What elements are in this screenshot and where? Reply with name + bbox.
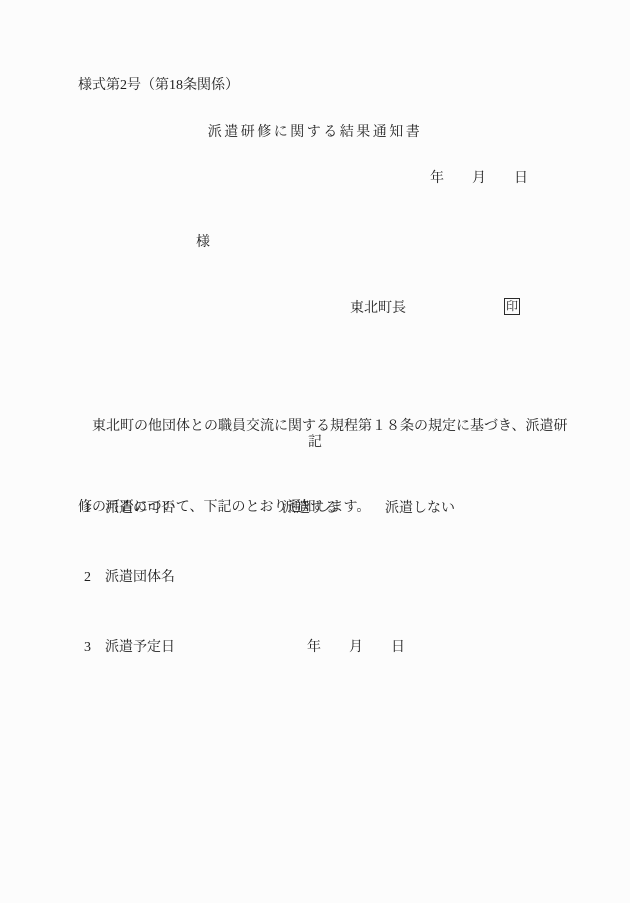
item-label-organization-name: 派遣団体名 xyxy=(105,571,175,585)
record-marker: 記 xyxy=(0,436,630,450)
form-number: 様式第2号（第18条関係） xyxy=(78,79,239,93)
addressee-honorific: 様 xyxy=(196,236,210,250)
item-label-planned-date: 派遣予定日 xyxy=(105,641,175,655)
body-paragraph: 東北町の他団体との職員交流に関する規程第１８条の規定に基づき、派遣研 修の可否に… xyxy=(78,359,578,575)
document-title: 派遣研修に関する結果通知書 xyxy=(0,126,630,140)
item-number: 3 xyxy=(84,641,91,655)
issue-date-line: 年 月 日 xyxy=(430,172,528,186)
item-label-dispatch-decision: 派遣の可否 xyxy=(105,502,175,516)
item-number: 1 xyxy=(84,502,91,516)
option-dispatch-yes: 派遣する xyxy=(282,502,338,516)
sender-title: 東北町長 xyxy=(350,302,406,316)
document-page: 様式第2号（第18条関係） 派遣研修に関する結果通知書 年 月 日 様 東北町長… xyxy=(0,0,630,903)
item-number: 2 xyxy=(84,571,91,585)
option-dispatch-no: 派遣しない xyxy=(385,502,455,516)
seal-placeholder-icon: 印 xyxy=(504,298,520,315)
planned-date-line: 年 月 日 xyxy=(307,641,405,655)
